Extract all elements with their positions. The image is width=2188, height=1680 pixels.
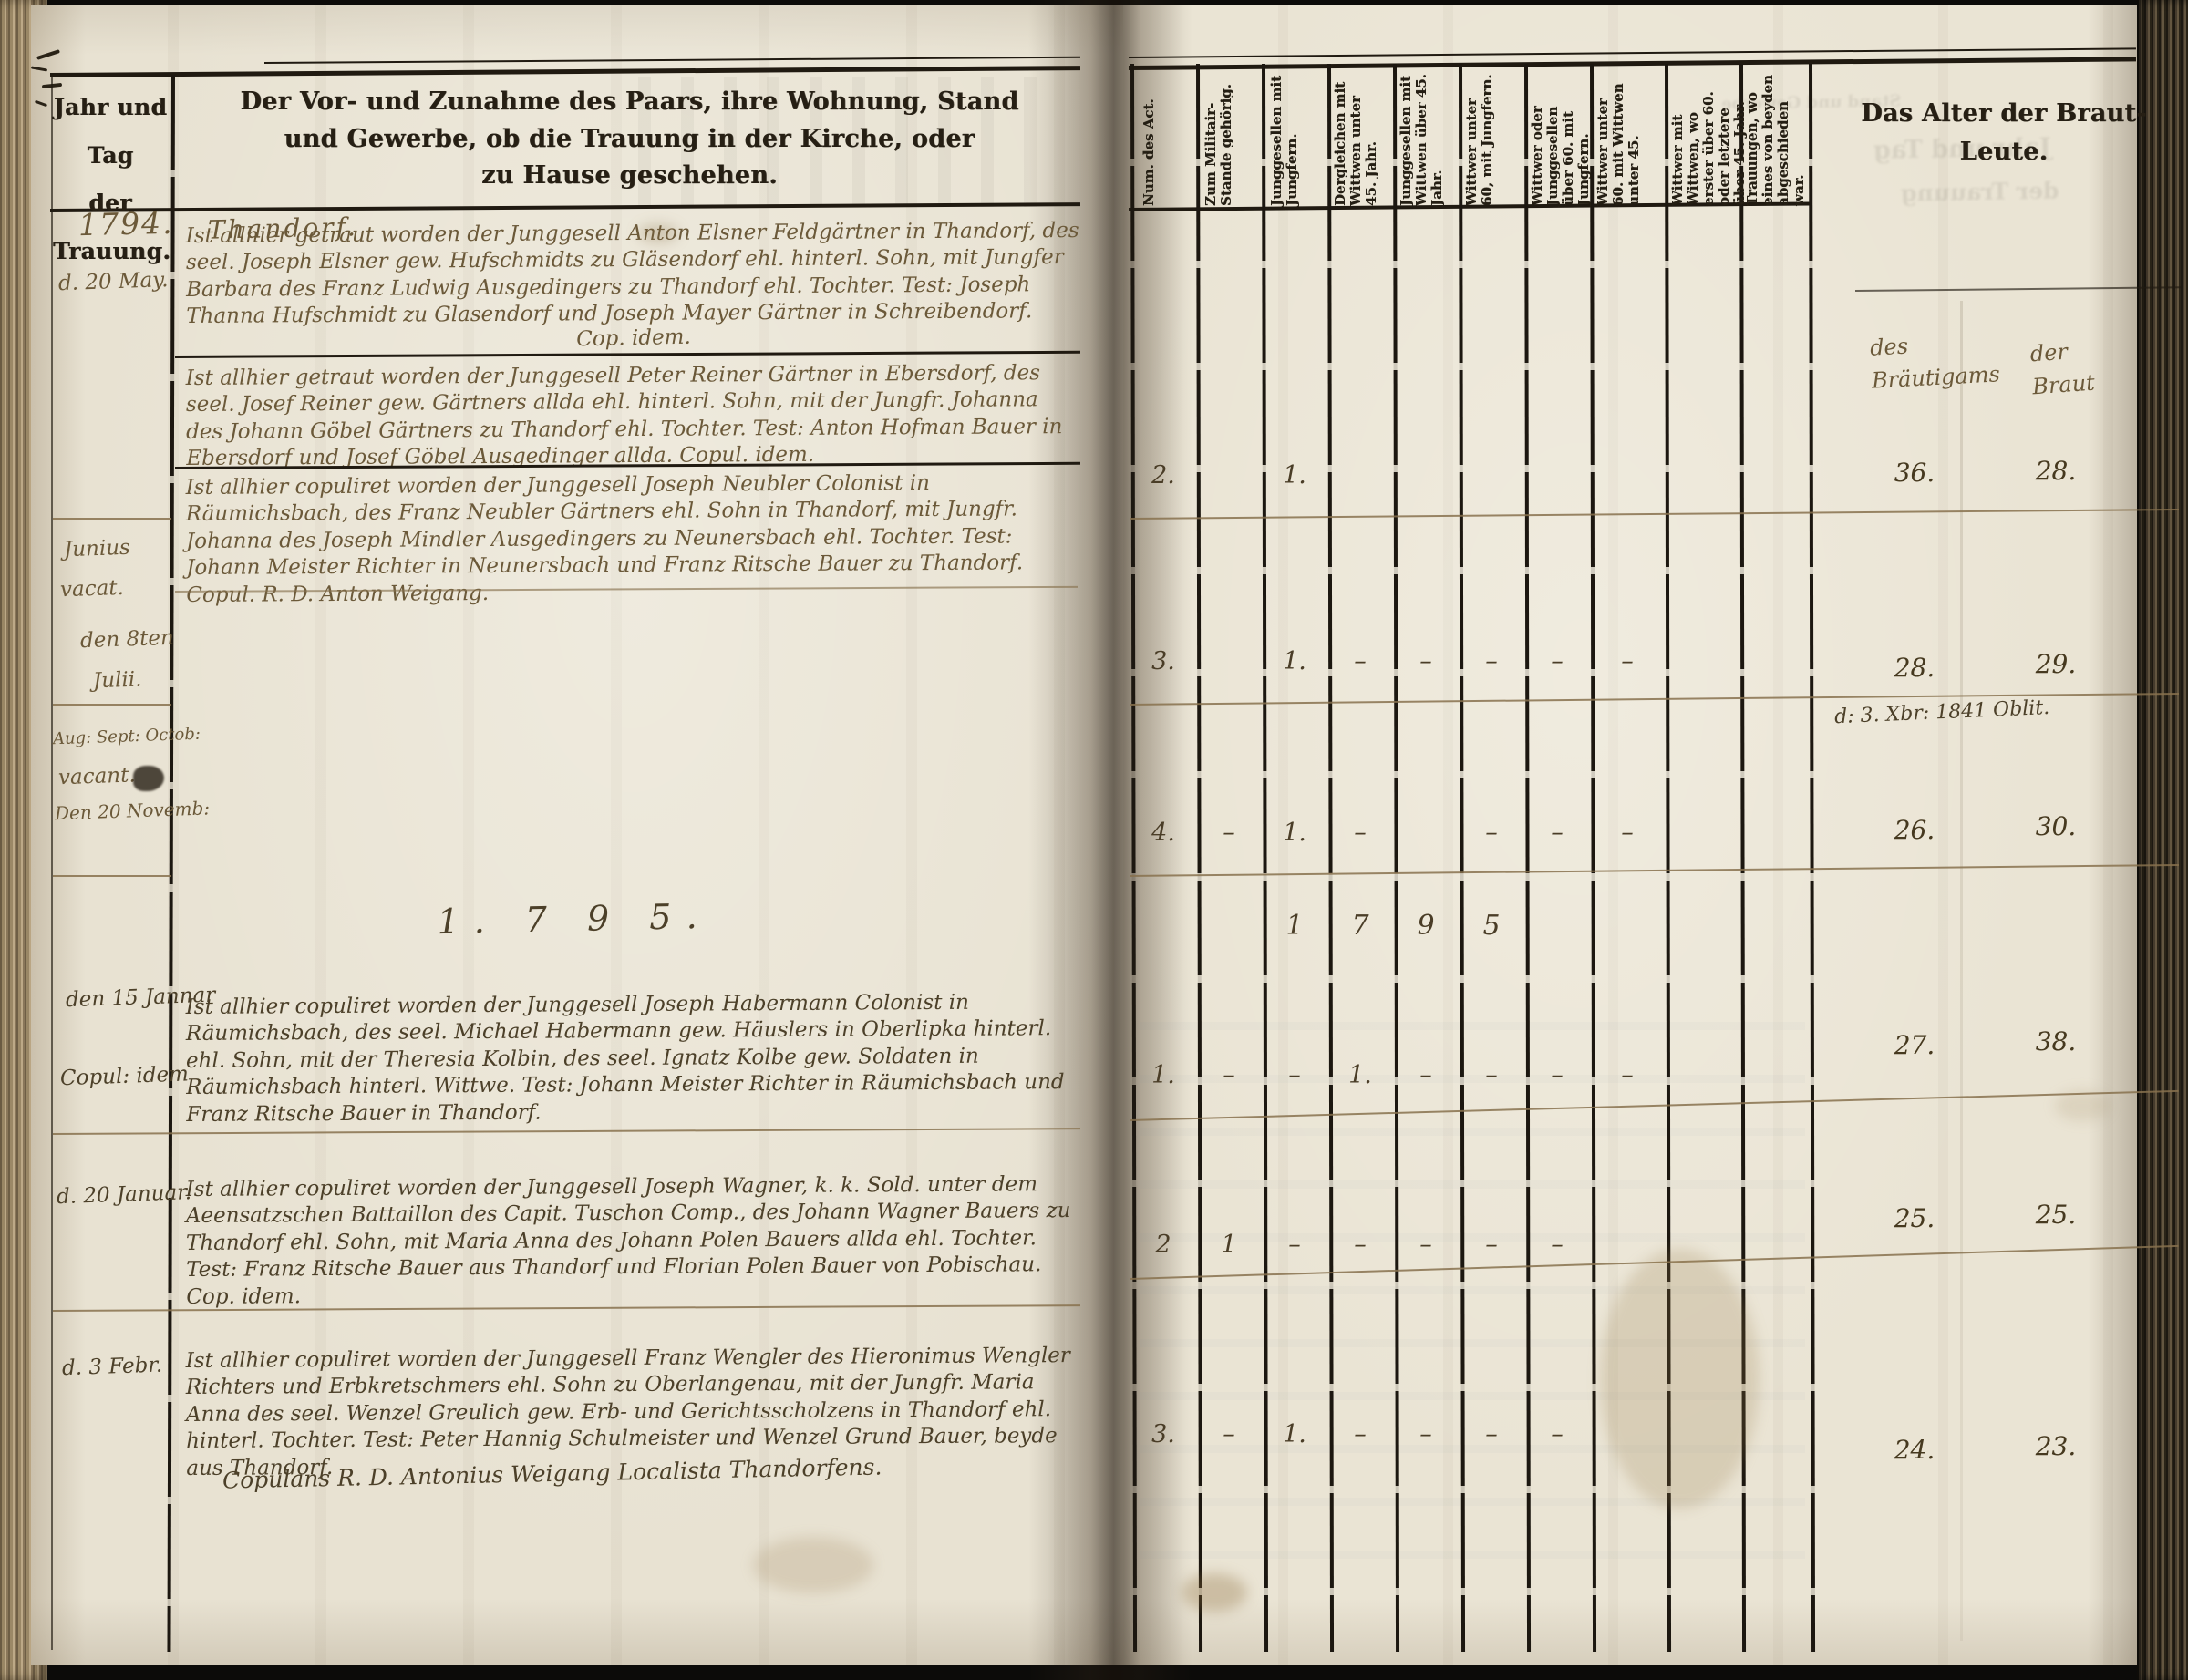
grid-cell: – [1524, 647, 1590, 675]
main-header: Der Vor- und Zunahme des Paars, ihre Woh… [190, 84, 1069, 195]
age-subheader-line: Braut [2031, 366, 2096, 404]
main-header-line: Der Vor- und Zunahme des Paars, ihre Woh… [190, 84, 1069, 121]
grid-cell: 1 [1196, 1231, 1262, 1259]
grid-cell: – [1595, 647, 1660, 675]
grid-cell: 1. [1262, 819, 1327, 847]
grid-cell: 3. [1130, 647, 1196, 675]
grid-cell: – [1524, 819, 1590, 847]
grid-cell: – [1393, 1061, 1459, 1089]
column-header: Wittwer unter 60, mit Jungfern. [1464, 71, 1521, 206]
age-subheader-line: Bräutigams [1871, 357, 2001, 397]
column-header: Dergleichen mit Wittwen unter 45. Jahr. [1333, 71, 1389, 206]
age-bride-value: 29. [2001, 649, 2111, 679]
grid-cell: – [1459, 819, 1524, 847]
grid-cell: – [1595, 1061, 1660, 1089]
age-groom-value: 25. [1860, 1203, 1969, 1233]
divider-digit: 1 [1262, 910, 1327, 942]
grid-cell: 1. [1130, 1061, 1196, 1089]
age-header-line: Leute. [1858, 133, 2150, 171]
grid-cell: 4. [1130, 819, 1196, 847]
divider-digits-row: 1 7 9 5 [0, 910, 2188, 950]
age-groom-value: 26. [1860, 815, 1969, 845]
grid-cell: – [1595, 819, 1660, 847]
register-row-numbers: 3. – 1. – – – – 24. 23. [0, 1420, 2188, 1460]
grid-cell: – [1459, 1231, 1524, 1259]
column-header: Wittwer mit Wittwen, wo erster über 60. … [1670, 69, 1736, 206]
grid-cell: – [1262, 1231, 1327, 1259]
entry-text: Ist allhier getraut worden der Junggesel… [186, 218, 1082, 331]
age-groom-value: 36. [1860, 458, 1969, 488]
column-header: Junggesellen mit Wittwen über 45. Jahr. [1398, 71, 1455, 206]
age-header-line: Das Alter der Braut- [1858, 95, 2150, 133]
divider-digit: 5 [1459, 910, 1524, 942]
entry-text: Ist allhier copuliret worden der Jungges… [186, 989, 1082, 1129]
grid-cell: – [1459, 647, 1524, 675]
entry-date: d. 3 Febr. [62, 1353, 183, 1381]
grid-cell: – [1524, 1231, 1590, 1259]
entry-date: vacat. [60, 574, 181, 603]
grid-cell: – [1524, 1061, 1590, 1089]
grid-cell: – [1327, 819, 1393, 847]
register-row-numbers: 1. – – 1. – – – – 27. 38. [0, 1061, 2188, 1101]
grid-cell: 1. [1327, 1061, 1393, 1089]
bleedthrough-text: der Trauung [1901, 177, 2059, 206]
grid-cell: – [1393, 647, 1459, 675]
entry-date: Junius [64, 534, 185, 562]
age-subheader-groom: des Bräutigams [1869, 325, 2001, 397]
paper-stain [638, 224, 678, 242]
column-header: Trauungen, wo eines von beyden abgeschie… [1745, 69, 1805, 206]
paper-stain [1600, 1249, 1760, 1509]
grid-cell: – [1393, 1231, 1459, 1259]
age-groom-value: 24. [1860, 1435, 1969, 1465]
grid-cell: 1. [1262, 1420, 1327, 1448]
grid-cell: 1. [1262, 461, 1327, 490]
age-bride-value: 23. [2001, 1431, 2111, 1461]
grid-cell: 1. [1262, 647, 1327, 675]
age-bride-value: 30. [2001, 811, 2111, 841]
grid-cell: – [1262, 1061, 1327, 1089]
entry-date: d. 20 Januar. [57, 1181, 178, 1210]
paper-stain [753, 1537, 873, 1593]
age-bride-value: 25. [2001, 1200, 2111, 1230]
age-subheader-line: der [2029, 334, 2094, 371]
grid-cell: – [1196, 1420, 1262, 1448]
main-header-line: und Gewerbe, ob die Trauung in der Kirch… [190, 121, 1069, 159]
paper-stain [1182, 1573, 1247, 1612]
divider-digit: 7 [1327, 910, 1393, 942]
column-header: Junggesellen mit Jungfern. [1269, 71, 1324, 206]
entry-date: den 15 Jannar [66, 984, 187, 1013]
grid-cell: – [1196, 819, 1262, 847]
column-header: Wittwer oder Junggesellen über 60. mit J… [1530, 71, 1586, 206]
register-row-numbers: 4. – 1. – – – – 26. 30. [0, 819, 2188, 859]
column-header-militair: Zum Militair-Stande gehörig. [1203, 71, 1258, 206]
grid-cell: 2 [1130, 1231, 1196, 1259]
row-line-datecol [53, 518, 171, 520]
main-header-line: zu Hause geschehen. [190, 158, 1069, 195]
grid-cell: – [1393, 1420, 1459, 1448]
age-subheader-bride: der Braut [2029, 334, 2096, 404]
grid-cell: – [1459, 1420, 1524, 1448]
age-groom-value: 27. [1860, 1030, 1969, 1060]
grid-cell: – [1327, 1231, 1393, 1259]
column-header: Wittwer unter 60. mit Wittwen unter 45. [1595, 71, 1661, 206]
grid-cell: – [1327, 647, 1393, 675]
age-bride-value: 38. [2001, 1026, 2111, 1056]
divider-digit: 9 [1393, 910, 1459, 942]
date-header-line: Jahr und Tag [53, 84, 168, 180]
date-column-header: Jahr und Tag der Trauung. [53, 84, 168, 275]
row-line-datecol [53, 704, 171, 706]
age-bride-value: 28. [2001, 456, 2111, 486]
register-row-numbers: 2. 1. 36. 28. [0, 461, 2188, 501]
grid-cell: – [1196, 1061, 1262, 1089]
age-header: Das Alter der Braut- Leute. [1858, 95, 2150, 171]
year-label: 1794. [78, 205, 174, 242]
age-groom-value: 28. [1860, 653, 1969, 683]
paper-stain [2055, 1090, 2110, 1121]
column-header-num: Num. des Act. [1141, 71, 1192, 206]
register-row-numbers: 3. 1. – – – – – 28. 29. [0, 647, 2188, 687]
book-spread: Jahr und Tag der Trauung Stand und Gewer… [0, 0, 2188, 1680]
grid-cell: – [1524, 1420, 1590, 1448]
grid-cell: – [1327, 1420, 1393, 1448]
grid-cell: – [1459, 1061, 1524, 1089]
row-line-datecol [53, 875, 171, 877]
left-border [51, 75, 53, 1650]
grid-cell: 2. [1130, 461, 1196, 490]
entry-date: d. 20 May. [58, 268, 180, 296]
grid-cell: 3. [1130, 1420, 1196, 1448]
entry-text: Ist allhier getraut worden der Junggesel… [186, 360, 1082, 473]
register-row-numbers: 2 1 – – – – – 25. 25. [0, 1231, 2188, 1271]
